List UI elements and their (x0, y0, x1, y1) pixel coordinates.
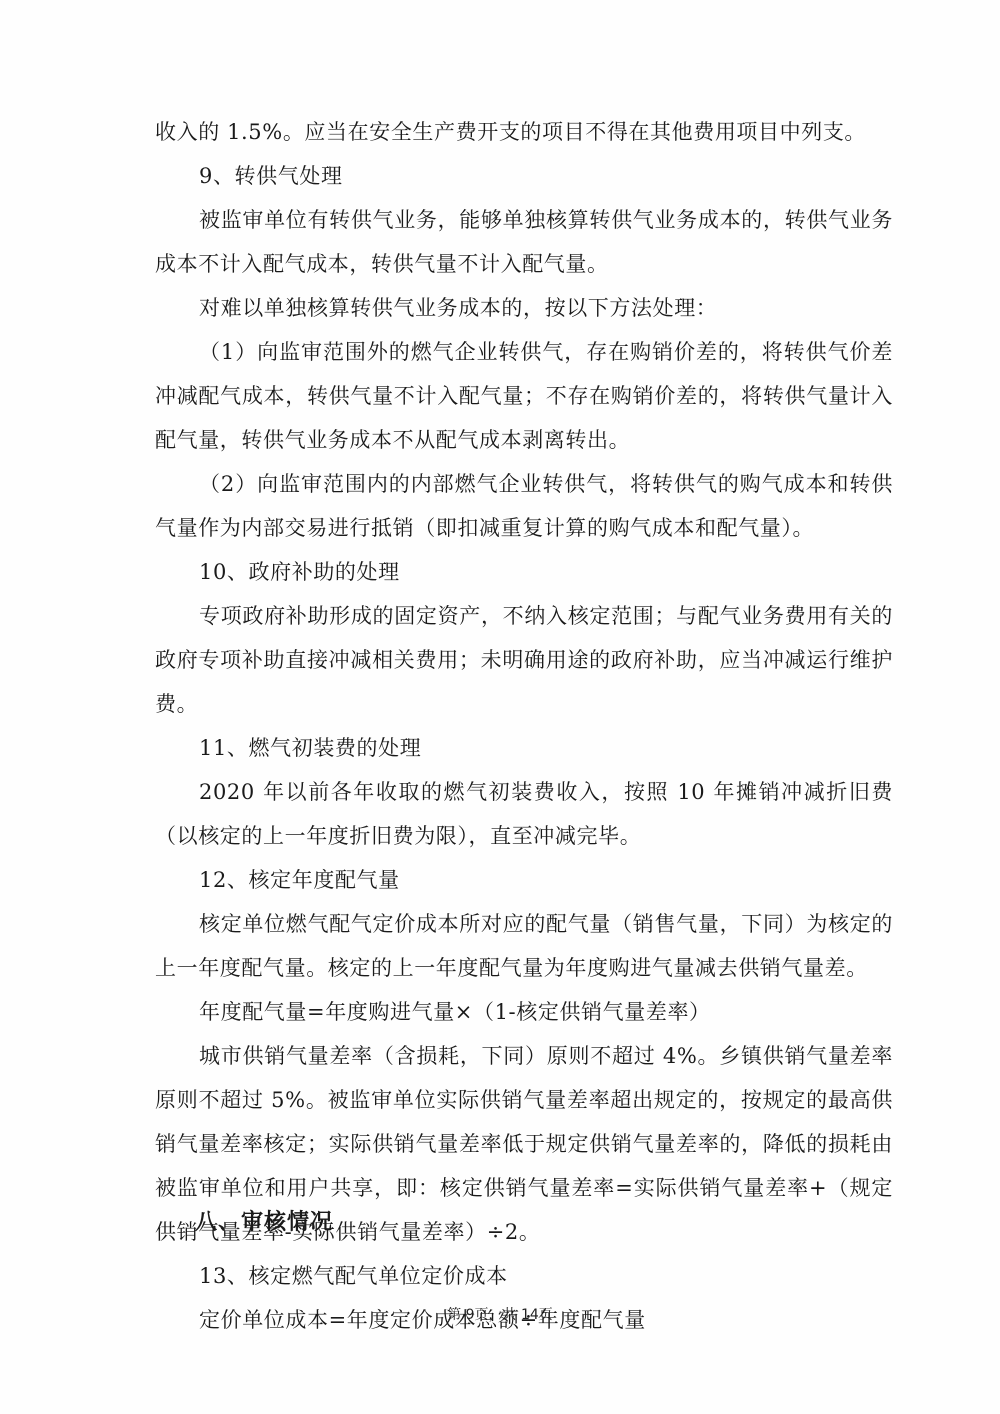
paragraph-11-1: 2020 年以前各年收取的燃气初装费收入，按照 10 年摊销冲减折旧费（以核定的… (155, 770, 893, 858)
subheading-11-installation-fee: 11、燃气初装费的处理 (155, 726, 893, 770)
body-text: 收入的 1.5%。应当在安全生产费开支的项目不得在其他费用项目中列支。 9、转供… (155, 110, 893, 1342)
subheading-13-unit-pricing-cost: 13、核定燃气配气单位定价成本 (155, 1254, 893, 1298)
subheading-10-government-subsidy: 10、政府补助的处理 (155, 550, 893, 594)
section-heading-audit-status: 八、审核情况 (195, 1203, 333, 1243)
page-number-footer: 第 9页，共 14页 (0, 1305, 1000, 1325)
subheading-9-transfer-gas: 9、转供气处理 (155, 154, 893, 198)
paragraph-9-item-2: （2）向监审范围内的内部燃气企业转供气，将转供气的购气成本和转供气量作为内部交易… (155, 462, 893, 550)
subheading-12-annual-gas-volume: 12、核定年度配气量 (155, 858, 893, 902)
paragraph-12-1: 核定单位燃气配气定价成本所对应的配气量（销售气量，下同）为核定的上一年度配气量。… (155, 902, 893, 990)
paragraph-continued: 收入的 1.5%。应当在安全生产费开支的项目不得在其他费用项目中列支。 (155, 110, 893, 154)
paragraph-9-2: 对难以单独核算转供气业务成本的，按以下方法处理： (155, 286, 893, 330)
paragraph-9-1: 被监审单位有转供气业务，能够单独核算转供气业务成本的，转供气业务成本不计入配气成… (155, 198, 893, 286)
formula-annual-gas-volume: 年度配气量=年度购进气量×（1-核定供销气量差率） (155, 990, 893, 1034)
paragraph-10-1: 专项政府补助形成的固定资产，不纳入核定范围；与配气业务费用有关的政府专项补助直接… (155, 594, 893, 726)
document-page: 收入的 1.5%。应当在安全生产费开支的项目不得在其他费用项目中列支。 9、转供… (0, 0, 1000, 1414)
paragraph-9-item-1: （1）向监审范围外的燃气企业转供气，存在购销价差的，将转供气价差冲减配气成本，转… (155, 330, 893, 462)
